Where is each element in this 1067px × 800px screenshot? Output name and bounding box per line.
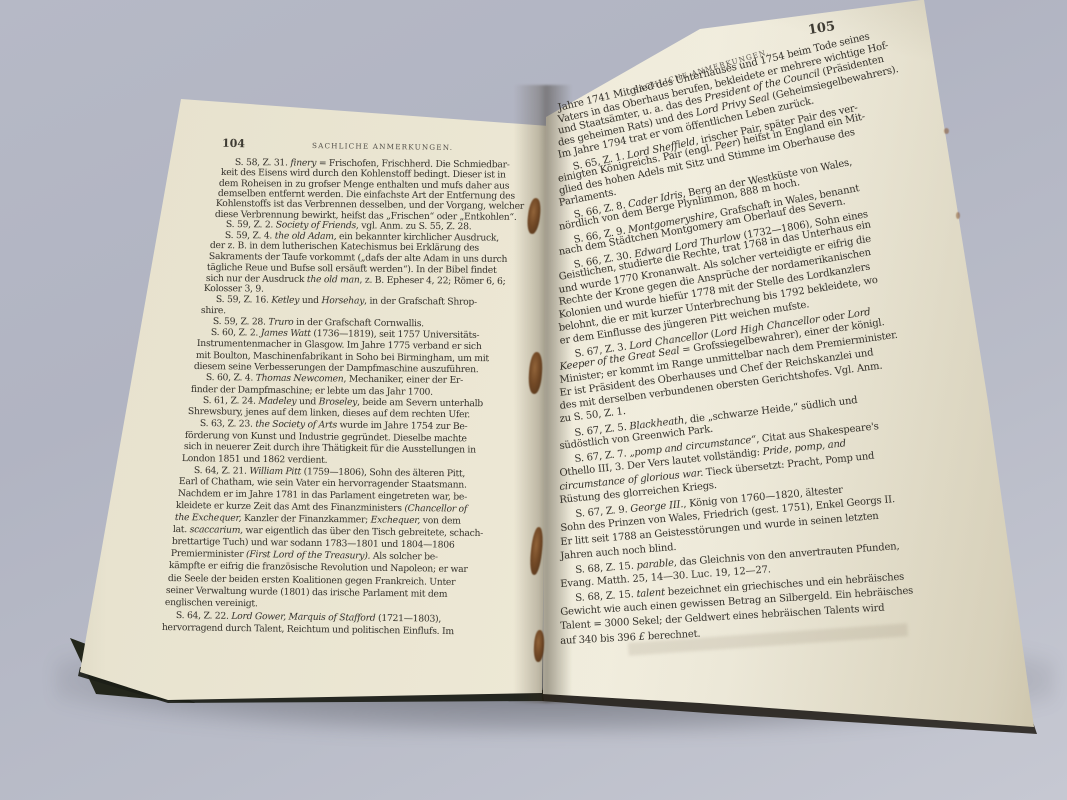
right-page-text: Jahre 1741 Mitglied des Unterhauses und … bbox=[0, 0, 1067, 800]
foxing-spot bbox=[956, 212, 960, 219]
photo-of-open-book: 104 SACHLICHE ANMERKUNGEN. 105 SACHLICHE… bbox=[0, 0, 1067, 800]
foxing-spot bbox=[944, 128, 949, 134]
